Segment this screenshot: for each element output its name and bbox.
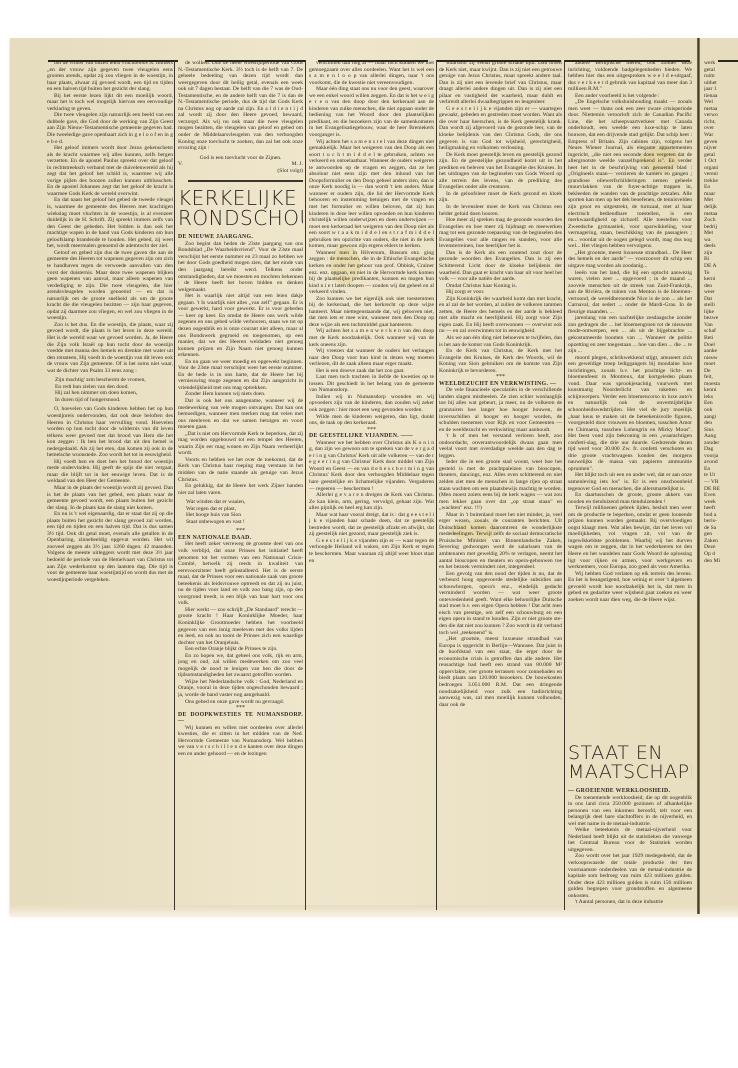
paragraph: G e e s t e l i j k e vijanden zijn er —… <box>439 106 562 152</box>
paragraph: Zoo kunnen we het eigenlijk ook niet toe… <box>309 296 434 329</box>
column-5-articles: — GROEIENDE WERKLOOSHEID.De toenemende w… <box>568 788 692 906</box>
article-conclusion: de wolken. Dus de heele woestijnperiode … <box>178 60 303 152</box>
article-paragraph: Maar wat haar vooral dreigt, dat is : da… <box>309 512 434 538</box>
article-paragraph: Welke beteekenis de metaal-nijverheid vo… <box>568 827 692 853</box>
article-paragraph: G e e s t e l i j k e vijanden zijn er —… <box>309 538 434 564</box>
article-paragraph: Allerlei g e v a r e n dreigen de Kerk v… <box>309 492 434 512</box>
paragraph: „De Engelsche volkshuishouding maakt — z… <box>568 99 692 250</box>
paragraph: Die twee vleugelen zijn natuurlijk een b… <box>47 112 173 145</box>
paragraph: Als we aan één ding niet behoeven te twi… <box>439 335 562 348</box>
paragraph: om de vrouw van onzen tekst vruchteloos … <box>47 60 173 93</box>
paragraph: Wij hebben God verlaten op elk terrein d… <box>568 571 692 604</box>
paragraph: En dat naast het geloof het gebed de twe… <box>47 197 173 249</box>
paragraph: verschillen dan nog al — maar toch kunne… <box>309 60 434 86</box>
article-paragraph: En nu gaan we weer moedig en opgewekt be… <box>178 359 303 392</box>
article-paragraph: Hier werkt — zoo schrijft „De Standaard"… <box>178 607 303 646</box>
paragraph: waardoor zij veelal groote schade lijdt.… <box>439 60 562 106</box>
paragraph: In de geloofsleer moet de Kerk gezond en… <box>439 191 562 204</box>
paragraph: moord plegen, schrikwekkend stijgt, amus… <box>568 355 692 473</box>
paragraph: de wolken. Dus de heele woestijnperiode … <box>178 60 303 152</box>
article-paragraph: „Het grootste, meest luxueuse strandbad … <box>439 636 562 708</box>
column-5-text: andere Berlijnsche meren, ook zonder dez… <box>568 60 692 740</box>
column-3-text: verschillen dan nog al — maar toch kunne… <box>309 60 434 427</box>
column-rule <box>564 60 565 910</box>
article-paragraph: Zoo wordt over het jaar 1929 medegedeeld… <box>568 853 692 899</box>
column-3-articles: ***DE GEESTELIJKE VIJANDEN. ——Wanneer we… <box>309 427 434 564</box>
paragraph: Wanneer men in Hilversum, Bussum enz. gi… <box>309 250 434 296</box>
paragraph: In de levensleer moet de Kerk van Christ… <box>439 204 562 217</box>
column-3: verschillen dan nog al — maar toch kunne… <box>309 60 434 916</box>
paragraph: Wilde men de kinderen weigeren, dan ligt… <box>309 414 434 427</box>
author-initials: M. J. <box>292 161 303 168</box>
column-1: om de vrouw van onzen tekst vruchteloos … <box>47 60 173 916</box>
paragraph: Maar in de plaats der woestijn wordt zij… <box>47 485 173 511</box>
paragraph: Hij voedt hen en doet hen het brood der … <box>47 459 173 485</box>
paragraph: En de Kerk van Christus, de Kerk met het… <box>439 348 562 374</box>
paragraph: En nu is 't wel eigenaardig, dat er staa… <box>47 511 173 583</box>
article-heading: DE DOOPKWESTIES TE NUMANSDORP. — <box>178 712 303 725</box>
clipped-text-fragment: den Mi <box>704 558 738 565</box>
section-title-staat-en-maatschappij: STAAT EN MAATSCHAPPIJ <box>568 744 692 782</box>
article-paragraph: De vele financieele speculatiën in de ve… <box>439 387 562 433</box>
article-paragraph: Maar in 't buitenland moet het niet mind… <box>439 512 562 571</box>
paragraph: Terwijl millioenen gebrek lijden, beslui… <box>568 505 692 570</box>
paragraph: Laat men toch trachten in liefde de kwes… <box>309 374 434 394</box>
article-paragraph: Wijze het Nederlandsche volk : God, Nede… <box>178 679 303 699</box>
paragraph: Zijn Koninkrijk der waarheid komt dan me… <box>439 296 562 335</box>
paragraph: Zoo is het dus. En die woestijn, die pla… <box>47 322 173 374</box>
article-paragraph: „Dat is niet om Hervormde Kerk te beperk… <box>178 431 303 457</box>
paragraph: Geloof en gebed zijn dus de twee gaven d… <box>47 250 173 322</box>
article-paragraph: Voorts en hebben we het over de toekomst… <box>178 457 303 483</box>
article-paragraph: Dat is ook het ons aangename, wanneer wi… <box>178 398 303 431</box>
paragraph: leeën van het land, die bij een optocht … <box>568 270 692 316</box>
column-rule <box>436 60 437 910</box>
column-4-text: waardoor zij veelal groote schade lijdt.… <box>439 60 562 374</box>
article-paragraph: En zo hopen we, dat geheel ons volk, rij… <box>178 653 303 679</box>
paragraph: Wij achten het s a m e n w e r k e n van… <box>309 328 434 348</box>
column-1-text-continued: O, hoevelen van Gods kinderen hebben het… <box>47 406 173 583</box>
article-paragraph: Zoo begint dan heden de 23ste jaargang v… <box>178 241 303 293</box>
paragraph: andere Berlijnsche meren, ook zonder dez… <box>568 60 692 93</box>
article-paragraph: Het is waarlijk niet altijd van een leie… <box>178 293 303 358</box>
psalm-verse: Zijn machtig' arm beschermt de vromen,En… <box>55 377 173 403</box>
article-paragraph: Een gevolg van den nood der tijden is nu… <box>439 571 562 636</box>
verse-line: Staat onbewogen en vast ! <box>186 519 303 526</box>
paragraph: Dan is de Kerk als een zoutend zout door… <box>439 250 562 283</box>
paragraph: De Kerk moet geestelijk leven en geestel… <box>439 152 562 191</box>
article-paragraph: En gelukkig, dat de Heere het werk Zijne… <box>178 483 303 496</box>
column-4-articles: WEELDEZUCHT EN VERKWISTING. —De vele fin… <box>439 381 562 708</box>
column-rule <box>305 60 306 910</box>
article-paragraph: 't Is of men het verstand verloren heeft… <box>439 433 562 459</box>
section-rule <box>188 180 303 182</box>
column-2: de wolken. Dus de heele woestijnperiode … <box>178 60 303 916</box>
article-paragraph: Wanneer we het hebben over Christus als … <box>309 440 434 492</box>
article-paragraph: Wij kunnen en willen niet oordeelen over… <box>178 725 303 758</box>
article-poem: Wat winden dat er waaien,Wat regen dat e… <box>186 499 303 525</box>
paragraph: O, hoevelen van Gods kinderen hebben het… <box>47 406 173 458</box>
article-paragraph: Het heeft zeker verreweg de grootste dee… <box>178 541 303 606</box>
section-title-kerkelijke-rondschouw: KERKELIJKE RONDSCHOUW <box>178 188 303 228</box>
paragraph: Indien wij in Numansdorp woonden en wij … <box>309 394 434 414</box>
article-paragraph: 't Aantal personen, dat in deze industri… <box>568 899 692 906</box>
paragraph: Wij achten het s a m e n s t e l van dez… <box>309 139 434 250</box>
column-6-clipped: werkgetalruimuithetjaar 1tienaaWelmetaav… <box>704 60 738 920</box>
column-1-text: om de vrouw van onzen tekst vruchteloos … <box>47 60 173 374</box>
paragraph: Het blijkt toch uit een en ander wel, da… <box>568 472 692 492</box>
signoff-initial: V. <box>178 161 183 168</box>
paragraph: Hoe meer zij spreken mag de gezonde woor… <box>439 217 562 250</box>
column-rule <box>174 60 175 910</box>
paragraph: Maar één ding staat ons nu voor den gees… <box>309 86 434 138</box>
column-4: waardoor zij veelal groote schade lijdt.… <box>439 60 562 916</box>
verse-line: In duren tijd of hongersnood. <box>55 397 173 404</box>
church-review-articles: DE NIEUWE JAARGANG.Zoo begint dan heden … <box>178 234 303 757</box>
paragraph: Het geloof immers wordt door Jezus geken… <box>47 145 173 197</box>
paragraph: Bij het eerste lezen lijkt dit een moeil… <box>47 93 173 113</box>
article-paragraph: De toenemende werkloosheid, die op dit o… <box>568 795 692 828</box>
paragraph: En daartusschen de groote, groote akkers… <box>568 492 692 505</box>
page-fold <box>697 38 700 914</box>
paragraph: „Het grootste, meest luxueuse strandbad.… <box>568 250 692 270</box>
paragraph: jarenlang van een nachtelijke zesdaagsch… <box>568 315 692 354</box>
continued-note: (Slot volgt) <box>178 168 303 175</box>
column-5: andere Berlijnsche meren, ook zonder dez… <box>568 60 692 916</box>
article-paragraph: Ieder die in een groote stad woont, weet… <box>439 459 562 511</box>
paragraph: Wij vreezen dat wanneer de ouders het ve… <box>309 348 434 368</box>
